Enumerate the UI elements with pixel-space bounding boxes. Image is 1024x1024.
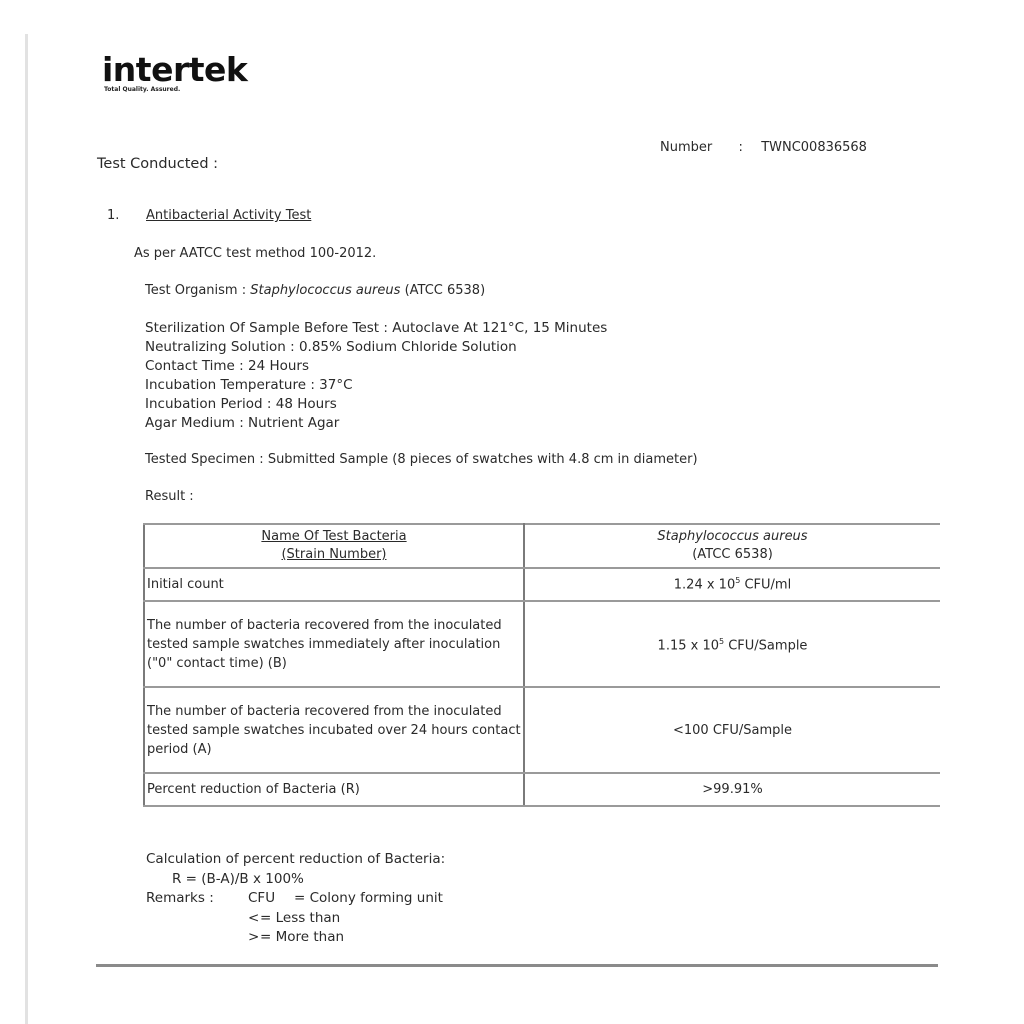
table-row: Percent reduction of Bacteria (R) >99.91… [144, 773, 940, 806]
row-value: 1.24 x 105 CFU/ml [524, 568, 940, 601]
value-base: 1.15 x 10 [658, 639, 719, 654]
table-header-row: Name Of Test Bacteria (Strain Number) St… [144, 524, 940, 568]
value-exponent: 5 [719, 637, 724, 646]
logo-wordmark: intertek [102, 52, 247, 88]
header-col2: Staphylococcus aureus (ATCC 6538) [524, 524, 940, 568]
remark-symbol: > [248, 928, 260, 948]
report-number: Number : TWNC00836568 [660, 140, 867, 155]
header-col1: Name Of Test Bacteria (Strain Number) [144, 524, 524, 568]
table-row: The number of bacteria recovered from th… [144, 601, 940, 687]
specimen-label: Tested Specimen : [145, 452, 264, 467]
row-label: The number of bacteria recovered from th… [144, 601, 524, 687]
organism-name: Staphylococcus aureus [250, 283, 400, 298]
tested-specimen: Tested Specimen : Submitted Sample (8 pi… [145, 452, 698, 467]
row-value: <100 CFU/Sample [524, 687, 940, 773]
row-label: Initial count [144, 568, 524, 601]
remark-meaning: = Colony forming unit [294, 889, 443, 909]
remark-meaning: = Less than [260, 909, 340, 929]
test-organism: Test Organism : Staphylococcus aureus (A… [145, 283, 485, 298]
value-base: 1.24 x 10 [674, 578, 735, 593]
table-row: The number of bacteria recovered from th… [144, 687, 940, 773]
remarks-row: > = More than [146, 928, 445, 948]
calc-formula: R = (B-A)/B x 100% [146, 870, 445, 890]
test-parameters: Sterilization Of Sample Before Test : Au… [145, 319, 607, 433]
section-title: Test Conducted : [97, 156, 218, 172]
bottom-divider [96, 964, 938, 967]
remarks-row: Remarks : CFU = Colony forming unit [146, 889, 445, 909]
value-exponent: 5 [735, 576, 740, 585]
calc-title: Calculation of percent reduction of Bact… [146, 850, 445, 870]
number-label: Number [660, 140, 712, 155]
value-unit: CFU/ml [744, 578, 791, 593]
remark-symbol: CFU [248, 889, 294, 909]
param-agar-medium: Agar Medium : Nutrient Agar [145, 414, 607, 433]
test-method: As per AATCC test method 100-2012. [134, 246, 376, 261]
result-table: Name Of Test Bacteria (Strain Number) St… [143, 523, 940, 807]
organism-strain: (ATCC 6538) [405, 283, 486, 298]
row-value: 1.15 x 105 CFU/Sample [524, 601, 940, 687]
test-index: 1. [107, 208, 119, 223]
header-col1-line2: (Strain Number) [147, 546, 521, 564]
header-col1-line1: Name Of Test Bacteria [147, 528, 521, 546]
number-value: TWNC00836568 [761, 140, 867, 155]
page-edge-divider [25, 34, 28, 1024]
remarks-label: Remarks : [146, 889, 248, 909]
remark-meaning: = More than [260, 928, 344, 948]
param-contact-time: Contact Time : 24 Hours [145, 357, 607, 376]
row-value: >99.91% [524, 773, 940, 806]
param-incubation-temp: Incubation Temperature : 37°C [145, 376, 607, 395]
param-incubation-period: Incubation Period : 48 Hours [145, 395, 607, 414]
remark-symbol: < [248, 909, 260, 929]
intertek-logo: intertek Total Quality. Assured. [102, 52, 247, 93]
value-unit: CFU/Sample [728, 639, 807, 654]
header-col2-organism: Staphylococcus aureus [657, 529, 807, 544]
test-title: Antibacterial Activity Test [146, 208, 311, 223]
param-neutralizing: Neutralizing Solution : 0.85% Sodium Chl… [145, 338, 607, 357]
table-row: Initial count 1.24 x 105 CFU/ml [144, 568, 940, 601]
header-col2-strain: (ATCC 6538) [527, 546, 938, 564]
result-label: Result : [145, 489, 194, 504]
row-label: Percent reduction of Bacteria (R) [144, 773, 524, 806]
param-sterilization: Sterilization Of Sample Before Test : Au… [145, 319, 607, 338]
row-label: The number of bacteria recovered from th… [144, 687, 524, 773]
calculation-notes: Calculation of percent reduction of Bact… [146, 850, 445, 948]
organism-label: Test Organism : [145, 283, 246, 298]
remarks-row: < = Less than [146, 909, 445, 929]
number-separator: : [739, 140, 743, 155]
specimen-value: Submitted Sample (8 pieces of swatches w… [268, 452, 698, 467]
